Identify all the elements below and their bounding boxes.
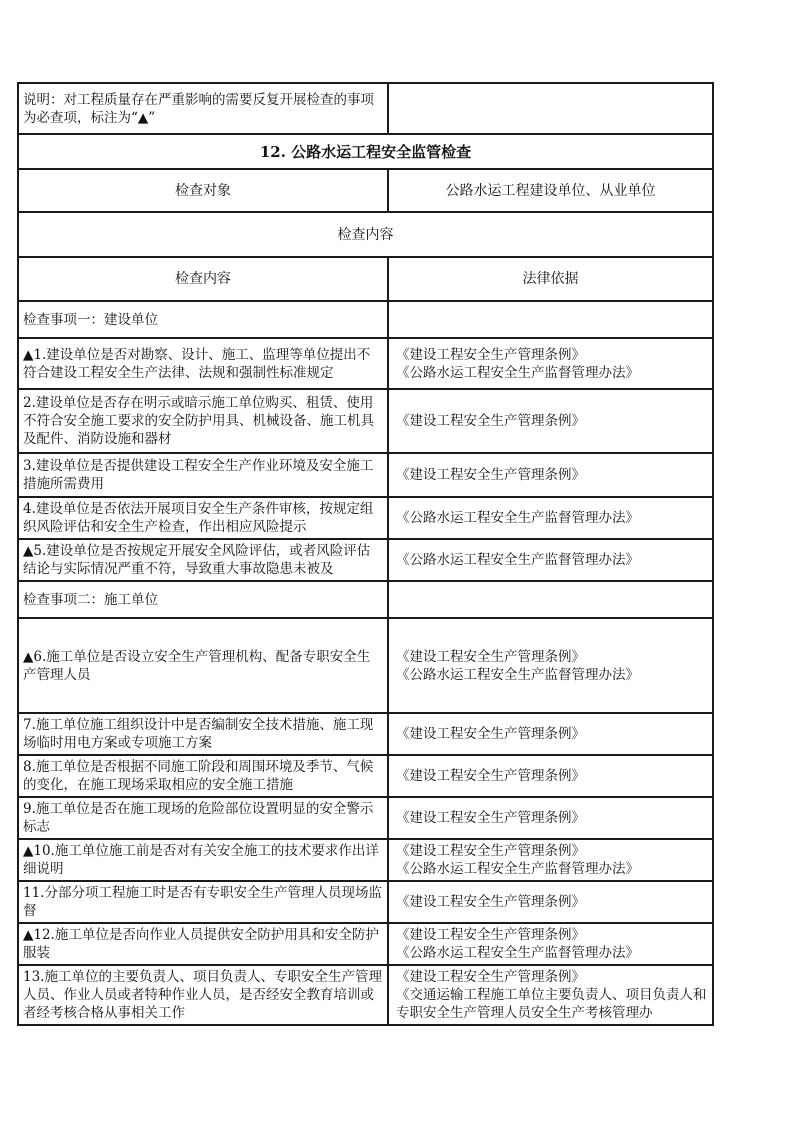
- table-row: 检查事项一：建设单位: [19, 300, 712, 337]
- table-row: 2.建设单位是否存在明示或暗示施工单位购买、租赁、使用不符合安全施工要求的安全防…: [19, 388, 712, 452]
- table-title: 12. 公路水运工程安全监管检查: [19, 135, 712, 168]
- legal-basis: 《建设工程安全生产管理条例》《公路水运工程安全生产监督管理办法》: [389, 339, 712, 388]
- table-row: 8.施工单位是否根据不同施工阶段和周围环境及季节、气候的变化，在施工现场采取相应…: [19, 754, 712, 796]
- empty-cell: [389, 302, 712, 337]
- legal-basis: 《建设工程安全生产管理条例》《公路水运工程安全生产监督管理办法》: [389, 924, 712, 964]
- table-row: ▲12.施工单位是否向作业人员提供安全防护用具和安全防护服装《建设工程安全生产管…: [19, 922, 712, 964]
- note-cell: 说明：对工程质量存在严重影响的需要反复开展检查的事项为必查项，标注为“▲”: [19, 84, 389, 133]
- table-row: 11.分部分项工程施工时是否有专职安全生产管理人员现场监督《建设工程安全生产管理…: [19, 880, 712, 922]
- legal-ref: 《建设工程安全生产管理条例》: [396, 968, 585, 986]
- item-content: 4.建设单位是否依法开展项目安全生产条件审核，按规定组织风险评估和安全生产检查，…: [19, 498, 389, 538]
- item-content: ▲6.施工单位是否设立安全生产管理机构、配备专职安全生产管理人员: [19, 619, 389, 712]
- empty-cell: [389, 582, 712, 617]
- legal-basis: 《建设工程安全生产管理条例》: [389, 882, 712, 922]
- legal-basis: 《建设工程安全生产管理条例》《公路水运工程安全生产监督管理办法》: [389, 619, 712, 712]
- item-content: 11.分部分项工程施工时是否有专职安全生产管理人员现场监督: [19, 882, 389, 922]
- legal-basis: 《建设工程安全生产管理条例》: [389, 454, 712, 496]
- item-content: 2.建设单位是否存在明示或暗示施工单位购买、租赁、使用不符合安全施工要求的安全防…: [19, 390, 389, 452]
- section-title: 检查事项二：施工单位: [19, 582, 389, 617]
- legal-ref: 《公路水运工程安全生产监督管理办法》: [396, 860, 639, 878]
- table-row: 检查事项二：施工单位: [19, 580, 712, 617]
- table-row: 说明：对工程质量存在严重影响的需要反复开展检查的事项为必查项，标注为“▲”: [19, 84, 712, 133]
- content-section-title: 检查内容: [19, 213, 712, 256]
- section-title: 检查事项一：建设单位: [19, 302, 389, 337]
- legal-ref: 《建设工程安全生产管理条例》: [396, 725, 585, 743]
- legal-ref: 《公路水运工程安全生产监督管理办法》: [396, 666, 639, 684]
- table-row: ▲5.建设单位是否按规定开展安全风险评估，或者风险评估结论与实际情况严重不符，导…: [19, 538, 712, 580]
- item-content: ▲5.建设单位是否按规定开展安全风险评估，或者风险评估结论与实际情况严重不符，导…: [19, 540, 389, 580]
- table-row: ▲6.施工单位是否设立安全生产管理机构、配备专职安全生产管理人员《建设工程安全生…: [19, 617, 712, 712]
- legal-ref: 《公路水运工程安全生产监督管理办法》: [396, 509, 639, 527]
- table-row: 检查内容: [19, 211, 712, 256]
- table-row: 3.建设单位是否提供建设工程安全生产作业环境及安全施工措施所需费用《建设工程安全…: [19, 452, 712, 496]
- inspection-object-label: 检查对象: [19, 170, 389, 211]
- column-header-legal: 法律依据: [389, 258, 712, 300]
- legal-basis: 《建设工程安全生产管理条例》《公路水运工程安全生产监督管理办法》: [389, 840, 712, 880]
- table-row: 检查内容法律依据: [19, 256, 712, 300]
- legal-basis: 《建设工程安全生产管理条例》: [389, 714, 712, 754]
- legal-basis: 《建设工程安全生产管理条例》: [389, 756, 712, 796]
- empty-cell: [389, 84, 712, 133]
- legal-ref: 《建设工程安全生产管理条例》: [396, 346, 585, 364]
- legal-basis: 《建设工程安全生产管理条例》《交通运输工程施工单位主要负责人、项目负责人和专职安…: [389, 966, 712, 1024]
- legal-ref: 《建设工程安全生产管理条例》: [396, 648, 585, 666]
- legal-ref: 《建设工程安全生产管理条例》: [396, 926, 585, 944]
- legal-basis: 《公路水运工程安全生产监督管理办法》: [389, 498, 712, 538]
- legal-ref: 《交通运输工程施工单位主要负责人、项目负责人和专职安全生产管理人员安全生产考核管…: [396, 986, 708, 1022]
- inspection-table: 说明：对工程质量存在严重影响的需要反复开展检查的事项为必查项，标注为“▲”12.…: [17, 82, 714, 1026]
- table-row: 4.建设单位是否依法开展项目安全生产条件审核，按规定组织风险评估和安全生产检查，…: [19, 496, 712, 538]
- item-content: 13.施工单位的主要负责人、项目负责人、专职安全生产管理人员、作业人员或者特种作…: [19, 966, 389, 1024]
- item-content: ▲10.施工单位施工前是否对有关安全施工的技术要求作出详细说明: [19, 840, 389, 880]
- legal-ref: 《公路水运工程安全生产监督管理办法》: [396, 364, 639, 382]
- legal-ref: 《建设工程安全生产管理条例》: [396, 466, 585, 484]
- legal-ref: 《建设工程安全生产管理条例》: [396, 842, 585, 860]
- table-row: 9.施工单位是否在施工现场的危险部位设置明显的安全警示标志《建设工程安全生产管理…: [19, 796, 712, 838]
- item-content: 9.施工单位是否在施工现场的危险部位设置明显的安全警示标志: [19, 798, 389, 838]
- inspection-object-value: 公路水运工程建设单位、从业单位: [389, 170, 712, 211]
- table-row: ▲1.建设单位是否对勘察、设计、施工、监理等单位提出不符合建设工程安全生产法律、…: [19, 337, 712, 388]
- table-row: 13.施工单位的主要负责人、项目负责人、专职安全生产管理人员、作业人员或者特种作…: [19, 964, 712, 1024]
- legal-ref: 《公路水运工程安全生产监督管理办法》: [396, 551, 639, 569]
- item-content: 3.建设单位是否提供建设工程安全生产作业环境及安全施工措施所需费用: [19, 454, 389, 496]
- legal-ref: 《公路水运工程安全生产监督管理办法》: [396, 944, 639, 962]
- legal-ref: 《建设工程安全生产管理条例》: [396, 767, 585, 785]
- legal-basis: 《建设工程安全生产管理条例》: [389, 390, 712, 452]
- table-row: 检查对象公路水运工程建设单位、从业单位: [19, 168, 712, 211]
- item-content: ▲12.施工单位是否向作业人员提供安全防护用具和安全防护服装: [19, 924, 389, 964]
- legal-ref: 《建设工程安全生产管理条例》: [396, 809, 585, 827]
- legal-basis: 《公路水运工程安全生产监督管理办法》: [389, 540, 712, 580]
- table-row: 7.施工单位施工组织设计中是否编制安全技术措施、施工现场临时用电方案或专项施工方…: [19, 712, 712, 754]
- document-page: 说明：对工程质量存在严重影响的需要反复开展检查的事项为必查项，标注为“▲”12.…: [0, 0, 793, 1122]
- legal-ref: 《建设工程安全生产管理条例》: [396, 893, 585, 911]
- item-content: 8.施工单位是否根据不同施工阶段和周围环境及季节、气候的变化，在施工现场采取相应…: [19, 756, 389, 796]
- legal-ref: 《建设工程安全生产管理条例》: [396, 412, 585, 430]
- item-content: ▲1.建设单位是否对勘察、设计、施工、监理等单位提出不符合建设工程安全生产法律、…: [19, 339, 389, 388]
- column-header-content: 检查内容: [19, 258, 389, 300]
- item-content: 7.施工单位施工组织设计中是否编制安全技术措施、施工现场临时用电方案或专项施工方…: [19, 714, 389, 754]
- table-row: ▲10.施工单位施工前是否对有关安全施工的技术要求作出详细说明《建设工程安全生产…: [19, 838, 712, 880]
- table-row: 12. 公路水运工程安全监管检查: [19, 133, 712, 168]
- legal-basis: 《建设工程安全生产管理条例》: [389, 798, 712, 838]
